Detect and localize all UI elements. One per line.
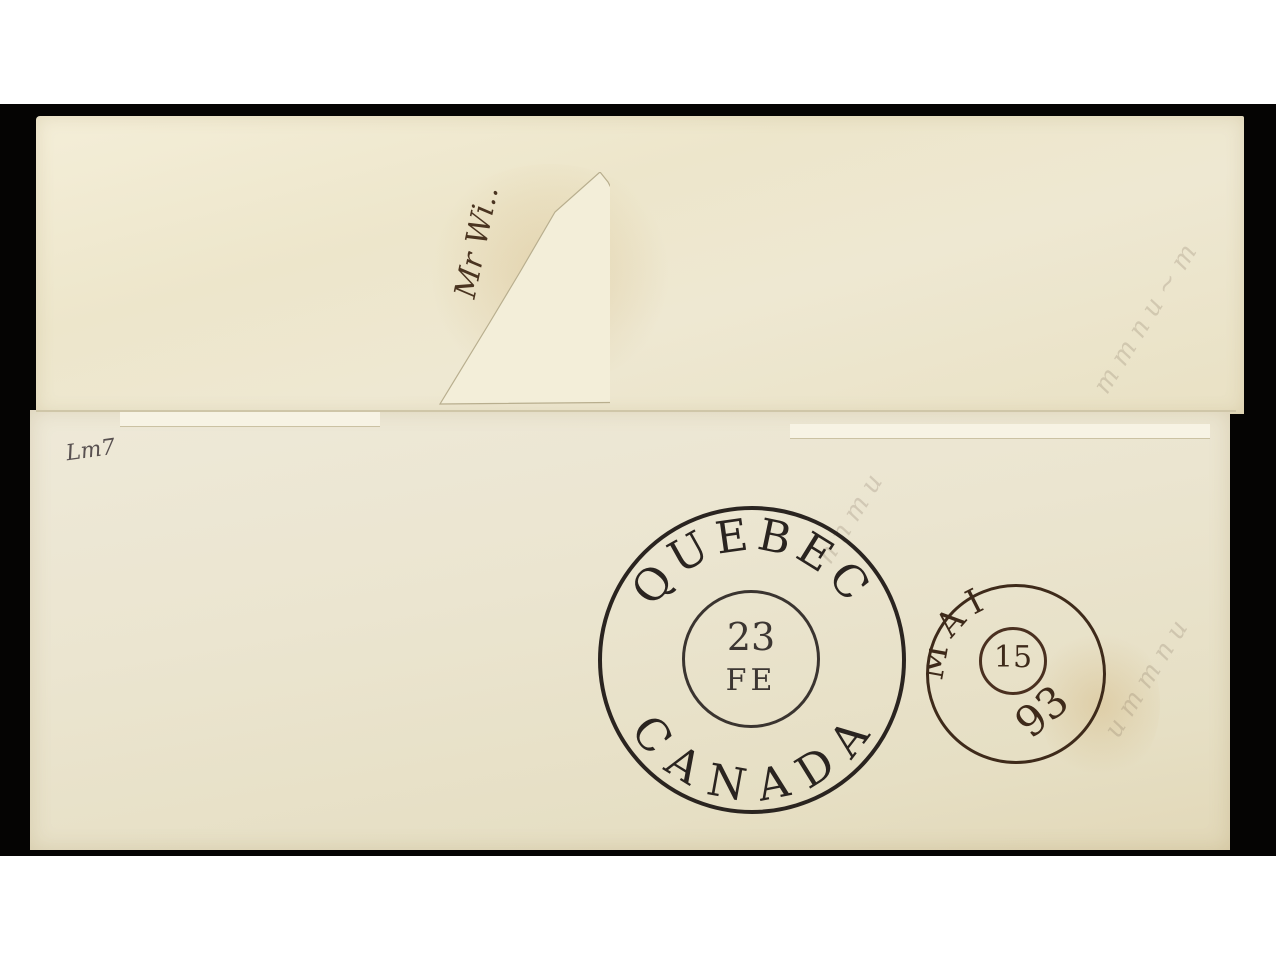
arrival-day: 15 — [982, 640, 1044, 675]
fold-flap-right — [790, 424, 1210, 439]
postmark-date-circle: 23 FE — [682, 590, 820, 728]
fold-flap-left — [120, 412, 380, 427]
quebec-canada-postmark: QUEBEC CANADA 23 FE — [598, 506, 906, 814]
postmark-month: FE — [685, 663, 817, 698]
arrival-postmark: MAI 15 93 — [926, 584, 1106, 764]
postmark-day: 23 — [685, 615, 817, 659]
letter-photo: m m n u ~ m u m m n u n n m u Mr Wi.. Lm… — [0, 104, 1276, 856]
